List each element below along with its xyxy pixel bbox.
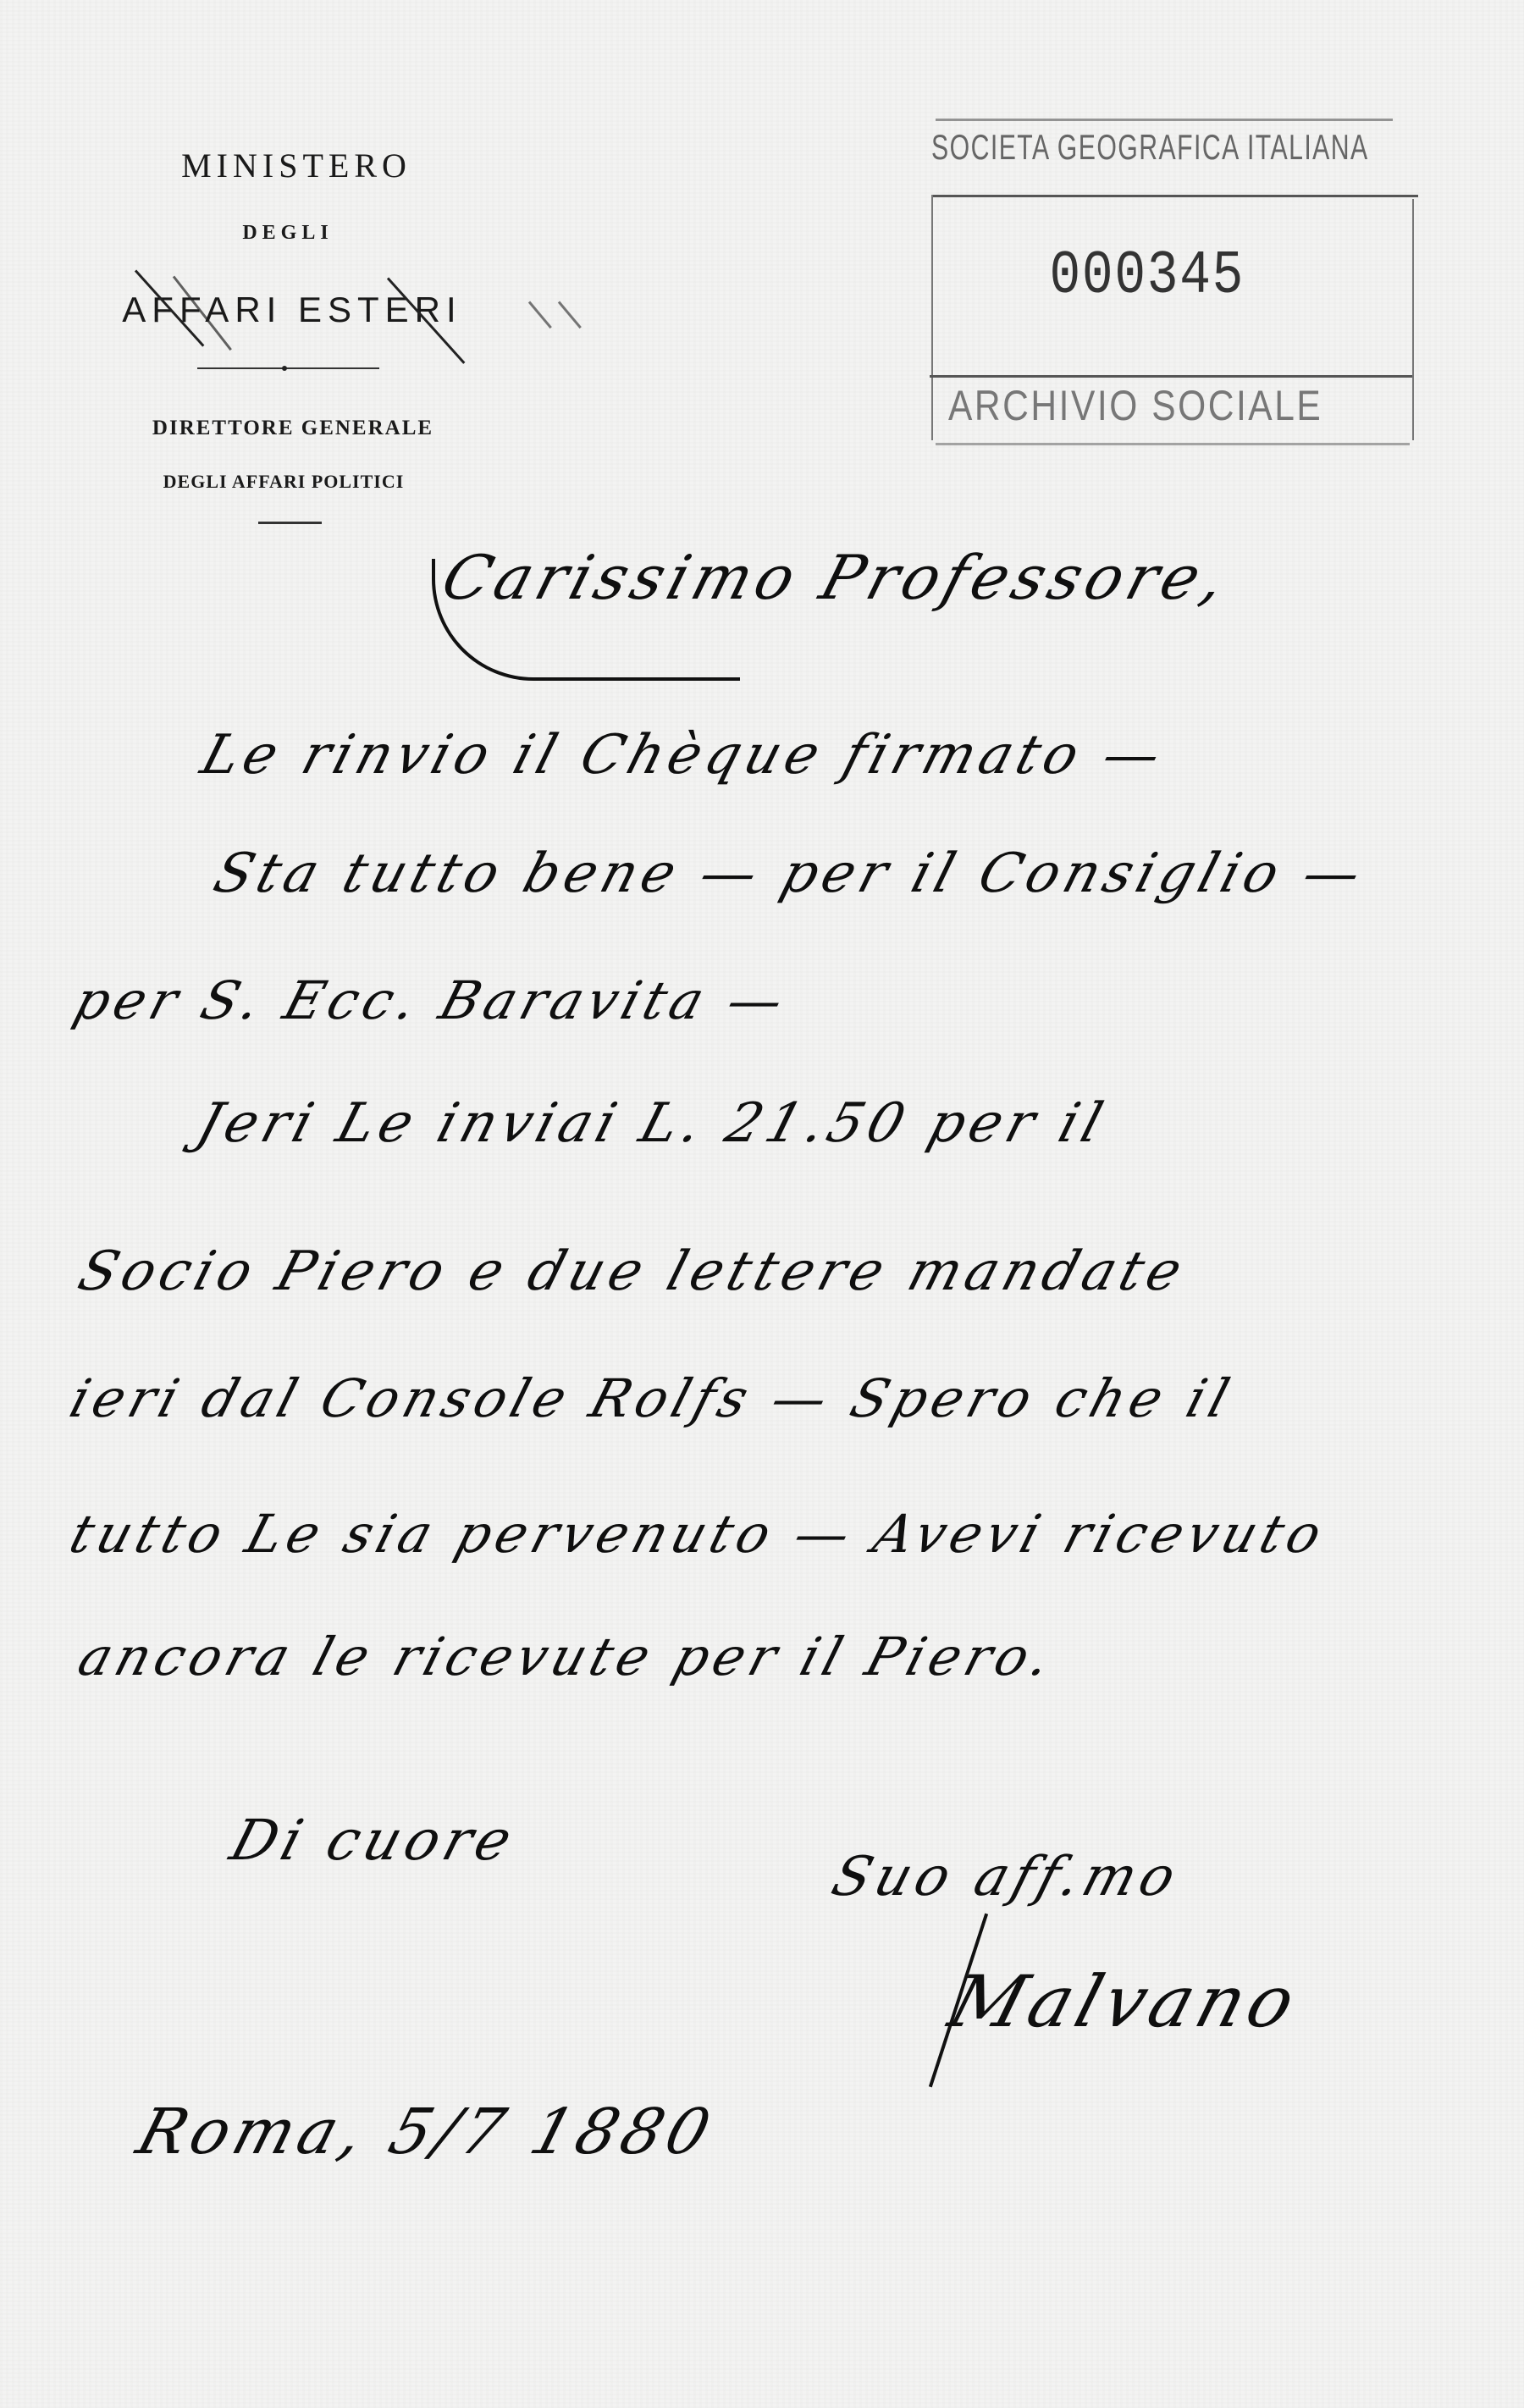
letter-line: tutto Le sia pervenuto — Avevi ricevuto (63, 1503, 1333, 1565)
stamp-border-top (936, 119, 1393, 121)
letter-line: Le rinvio il Chèque firmato — (194, 724, 1173, 787)
letter-line: per S. Ecc. Baravita — (68, 969, 796, 1031)
letterhead-foreign-affairs: AFFARI ESTERI (89, 290, 495, 330)
letter-date: Roma, 5/7 1880 (130, 2096, 723, 2168)
letterhead-divider (197, 367, 379, 369)
letterhead-political-affairs: DEGLI AFFARI POLITICI (131, 471, 436, 493)
letterhead-director: DIRETTORE GENERALE (107, 417, 479, 440)
stamp-border-right (1412, 199, 1414, 440)
letter-line: Sta tutto bene — per il Consiglio — (207, 842, 1372, 905)
stamp-border-left (931, 195, 933, 440)
letterhead-divider-short (258, 522, 322, 524)
archive-stamp: SOCIETA GEOGRAFICA ITALIANA 000345 ARCHI… (914, 114, 1414, 449)
letter-line: ancora le ricevute per il Piero. (72, 1626, 1063, 1687)
signature: Malvano (941, 1960, 1309, 2043)
closing: Di cuore (224, 1808, 524, 1873)
stamp-society-name: SOCIETA GEOGRAFICA ITALIANA (931, 127, 1273, 168)
letterhead-degli: DEGLI (216, 222, 360, 245)
letterhead-ministry: MINISTERO (131, 146, 461, 185)
stamp-border-bottom (936, 443, 1410, 445)
stamp-archive-label: ARCHIVIO SOCIALE (948, 381, 1322, 430)
stamp-archive-number: 000345 (1050, 241, 1237, 311)
stamp-divider (930, 375, 1412, 378)
salutation: Carissimo Professore, (434, 542, 1239, 613)
stamp-divider (931, 195, 1418, 197)
regards: Suo aff.mo (825, 1846, 1187, 1908)
letter-line: ieri dal Console Rolfs — Spero che il (63, 1367, 1241, 1429)
letter-line: Jeri Le inviai L. 21.50 per il (190, 1092, 1114, 1155)
letter-line: Socio Piero e due lettere mandate (71, 1240, 1194, 1303)
